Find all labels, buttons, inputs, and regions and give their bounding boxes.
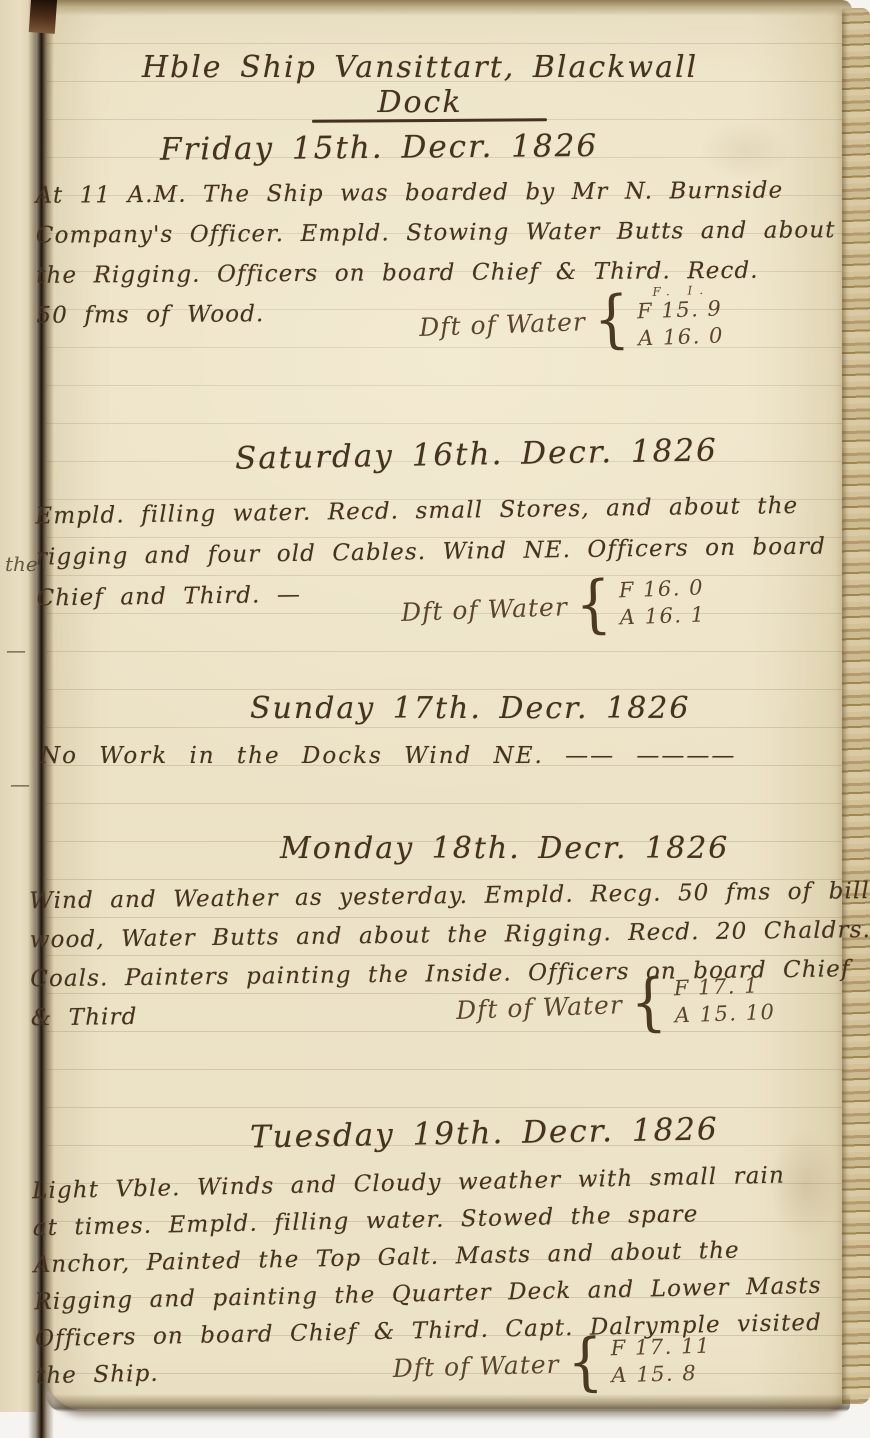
draft-fore-value: F 16. 0 <box>618 574 705 604</box>
draft-label: Dft of Water <box>456 990 624 1025</box>
entry-heading-sunday: Sunday 17th. Decr. 1826 <box>250 691 670 726</box>
draft-aft-value: A 15. 10 <box>674 999 776 1029</box>
draft-aft-value: A 16. 1 <box>619 601 706 631</box>
brace-glyph: { <box>630 969 668 1037</box>
brace-glyph: { <box>575 571 613 639</box>
draft-fore-value: F 17. 11 <box>610 1333 711 1363</box>
draft-aft-value: A 15. 8 <box>611 1360 712 1390</box>
margin-fragment: — <box>10 772 30 796</box>
brace-glyph: { <box>567 1329 604 1397</box>
draft-of-water-friday: Dft of Water { F. I. F 15. 9 A 16. 0 <box>418 283 724 360</box>
binding-tab <box>29 0 57 34</box>
entry-heading-friday: Friday 15th. Decr. 1826 <box>160 128 560 167</box>
margin-fragment: — <box>6 638 26 662</box>
draft-label: Dft of Water <box>401 592 569 627</box>
entry-heading-monday: Monday 18th. Decr. 1826 <box>280 831 680 866</box>
entry-heading-saturday: Saturday 16th. Decr. 1826 <box>235 433 666 476</box>
draft-aft-value: A 16. 0 <box>638 322 725 352</box>
stacked-page-edges <box>842 8 870 1404</box>
entry-line: No Work in the Docks Wind NE. —— ———— <box>40 736 736 776</box>
draft-fore-value: F 15. 9 <box>637 295 724 325</box>
draft-of-water-monday: Dft of Water { F 17. 1 A 15. 10 <box>455 969 776 1040</box>
margin-fragment: the <box>5 552 38 576</box>
entry-line: Company's Officer. Empld. Stowing Water … <box>36 210 836 256</box>
brace-glyph: { <box>593 286 631 354</box>
log-title: Hble Ship Vansittart, Blackwall Dock <box>140 50 700 120</box>
page-top-edge <box>46 0 852 16</box>
logbook-scan: { "page": { "title": "Hble Ship Vansitta… <box>0 0 870 1438</box>
draft-fore-value: F 17. 1 <box>673 972 775 1002</box>
draft-of-water-saturday: Dft of Water { F 16. 0 A 16. 1 <box>400 571 706 642</box>
entry-body-sunday: No Work in the Docks Wind NE. —— ———— <box>40 736 736 776</box>
entry-line: At 11 A.M. The Ship was boarded by Mr N.… <box>35 170 835 216</box>
draft-label: Dft of Water <box>419 307 587 342</box>
draft-of-water-tuesday: Dft of Water { F 17. 11 A 15. 8 <box>392 1330 712 1398</box>
page-bottom-edge <box>46 1394 850 1412</box>
entry-heading-tuesday: Tuesday 19th. Decr. 1826 <box>250 1113 651 1156</box>
draft-label: Dft of Water <box>392 1349 559 1382</box>
